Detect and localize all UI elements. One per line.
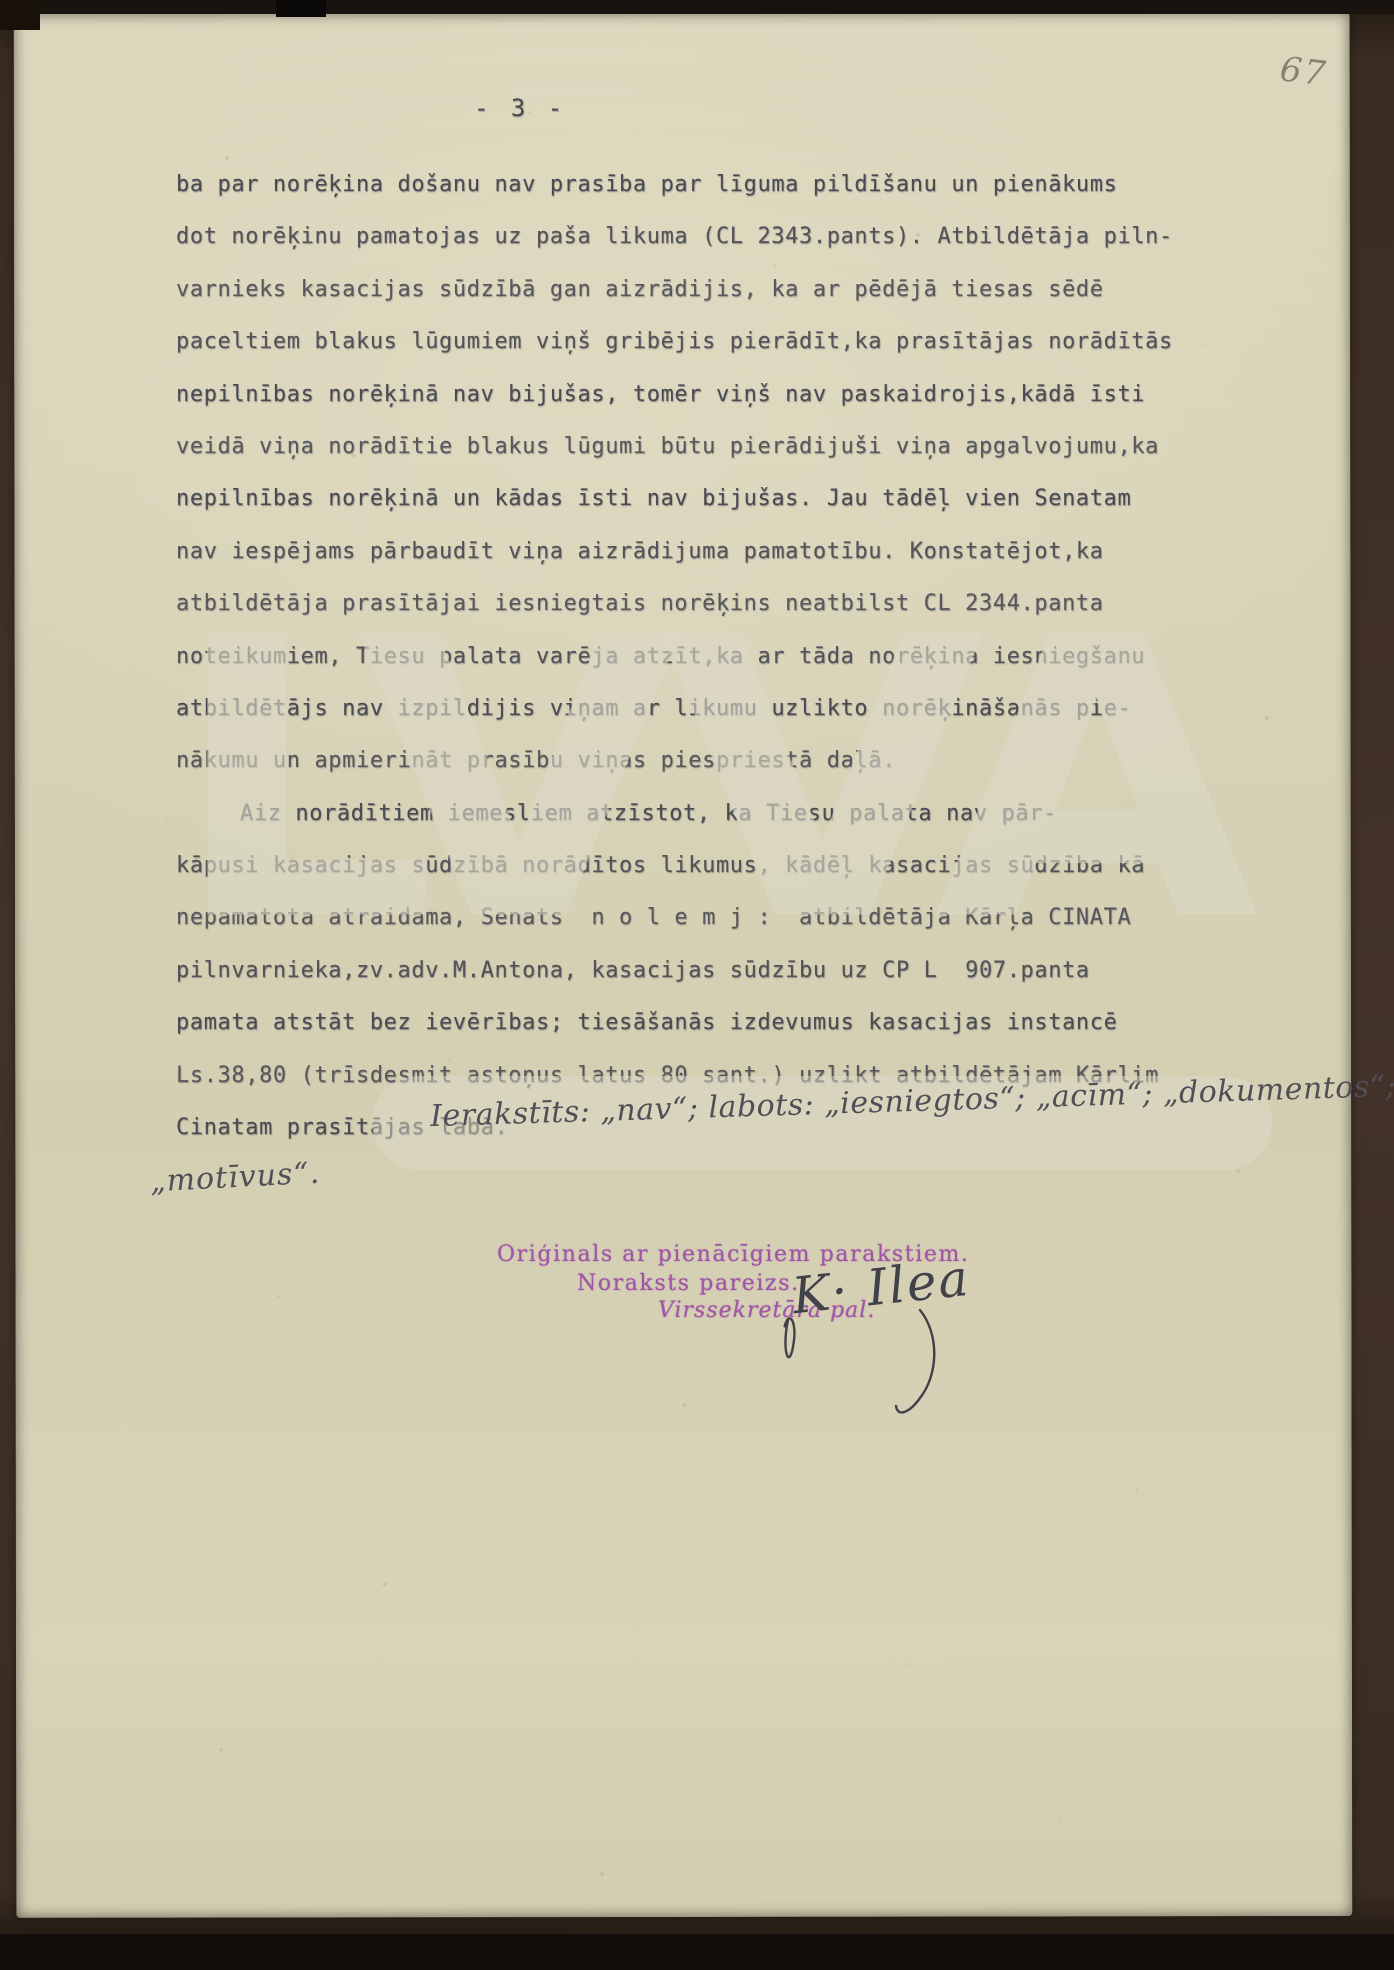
typed-line-paragraph-start: Aiz norādītiem iemesliem atzīstot, ka Ti… (176, 788, 1173, 840)
scan-border-top (0, 0, 1394, 14)
typed-line: kāpusi kasacijas sūdzībā norādītos likum… (176, 840, 1173, 892)
typed-line: veidā viņa norādītie blakus lūgumi būtu … (176, 421, 1173, 473)
signature-flourish (770, 1280, 960, 1430)
scan-border-bottom (0, 1934, 1394, 1970)
typewritten-body: ba par norēķina došanu nav prasība par l… (176, 159, 1173, 1154)
typed-line: varnieks kasacijas sūdzībā gan aizrādiji… (176, 264, 1173, 316)
scanned-document-page: 67 - 3 - ba par norēķina došanu nav pras… (0, 0, 1394, 1970)
typed-line: dot norēķinu pamatojas uz paša likuma (C… (176, 211, 1173, 263)
typed-line: atbildētājs nav izpildijis viņam ar liku… (176, 683, 1173, 735)
typed-line: paceltiem blakus lūgumiem viņš gribējis … (176, 316, 1173, 368)
scan-border-corner (0, 0, 40, 30)
typed-line: nepamatota atraidama, Senats n o l e m j… (176, 892, 1173, 944)
page-number: - 3 - (474, 94, 566, 122)
folio-number: 67 (1278, 49, 1330, 94)
typed-line: pamata atstāt bez ievērības; tiesāšanās … (176, 997, 1173, 1049)
typed-line: noteikumiem, Tiesu palata varēja atzīt,k… (176, 631, 1173, 683)
typed-line: pilnvarnieka,zv.adv.M.Antona, kasacijas … (176, 945, 1173, 997)
typed-line: atbildētāja prasītājai iesniegtais norēķ… (176, 578, 1173, 630)
typed-line: ba par norēķina došanu nav prasība par l… (176, 159, 1173, 211)
scan-border-notch (276, 0, 326, 17)
certification-stamp-line2: Noraksts pareizs. (577, 1271, 800, 1296)
typed-line: nav iespējams pārbaudīt viņa aizrādijuma… (176, 526, 1173, 578)
typed-line: nepilnības norēķinā nav bijušas, tomēr v… (176, 369, 1173, 421)
typed-line: nepilnības norēķinā un kādas īsti nav bi… (176, 473, 1173, 525)
typed-line: nākumu un apmierināt prasību viņas piesp… (176, 735, 1173, 787)
